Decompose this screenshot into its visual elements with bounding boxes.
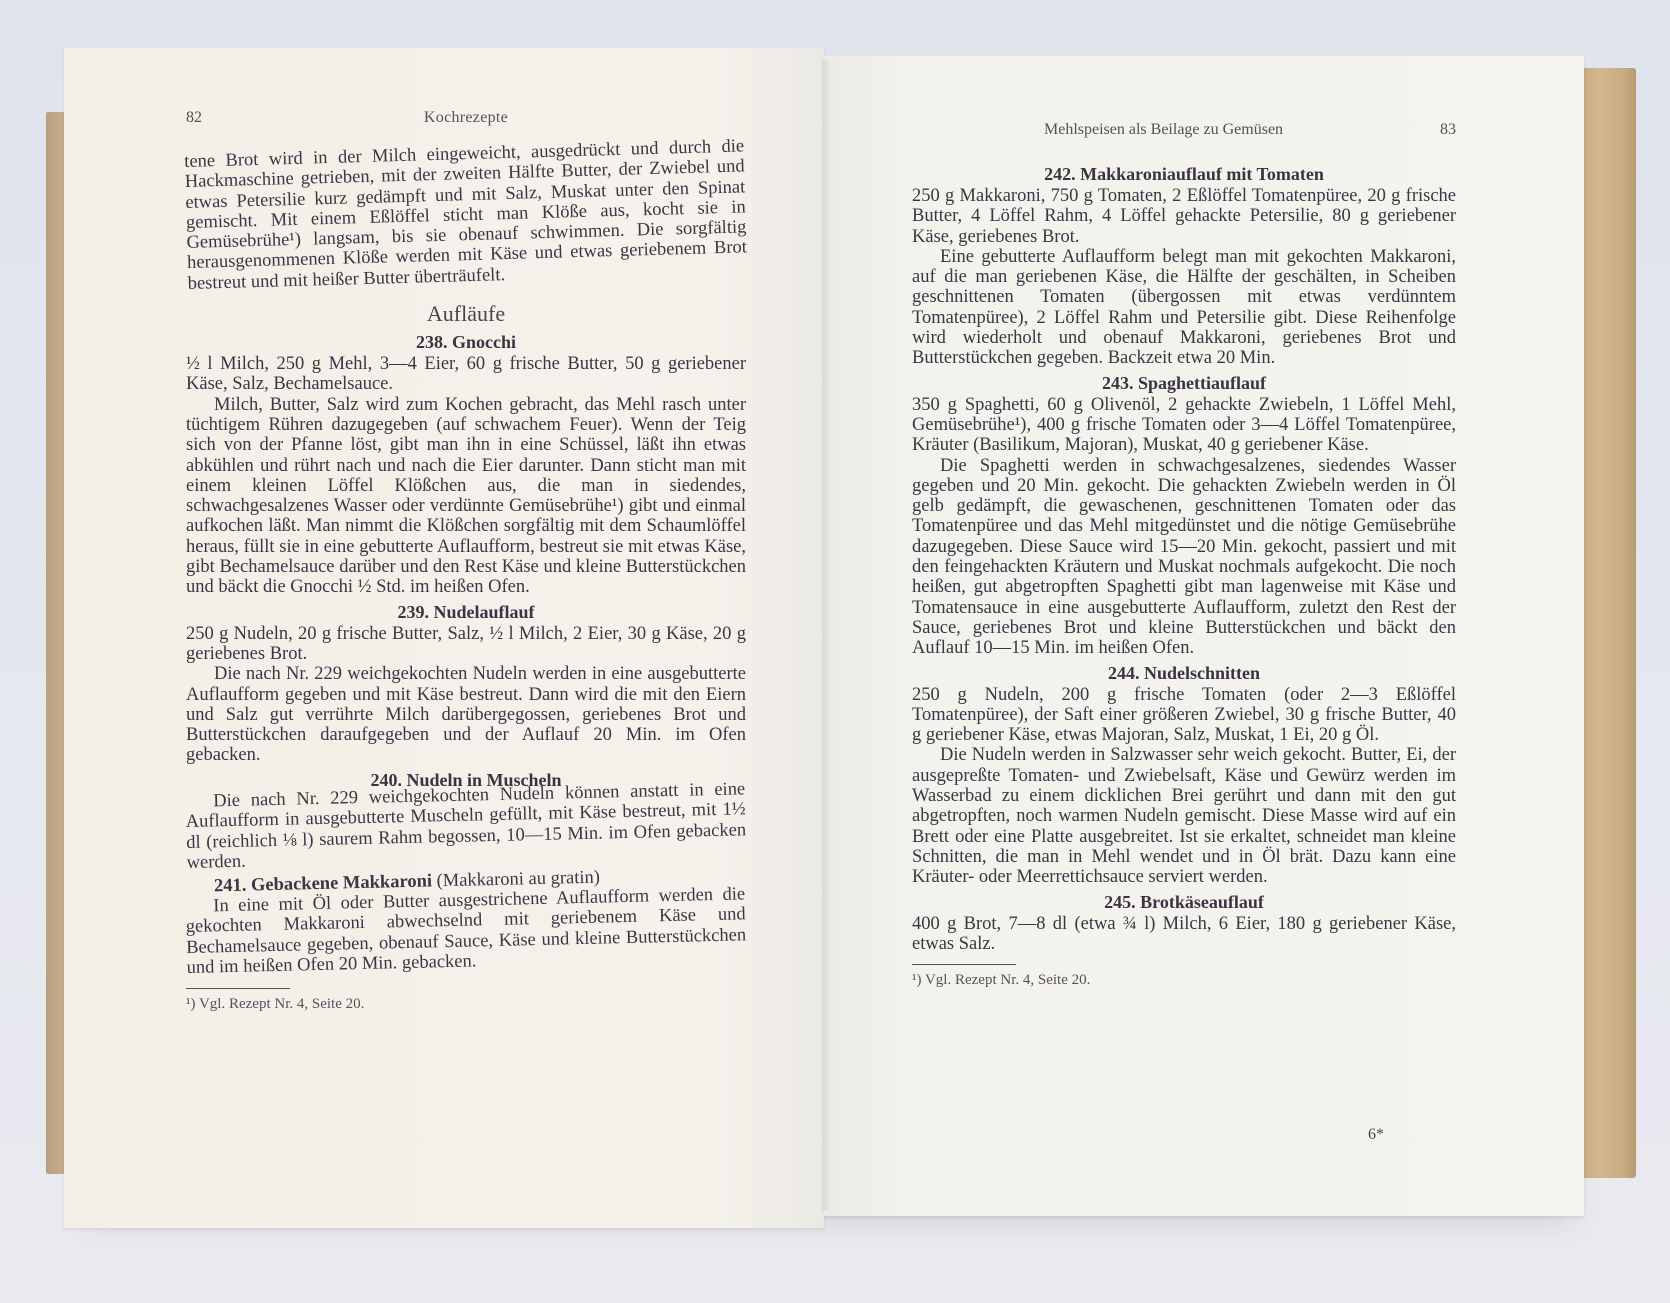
recipe-ingredients: 250 g Makkaroni, 750 g Tomaten, 2 Eßlöff…: [912, 186, 1456, 247]
recipe-instructions: Die nach Nr. 229 weichgekochten Nudeln w…: [186, 664, 746, 765]
recipe-title: 243. Spaghettiauflauf: [912, 373, 1456, 394]
page-number: 83: [1440, 120, 1456, 140]
recipe-ingredients: ½ l Milch, 250 g Mehl, 3—4 Eier, 60 g fr…: [186, 354, 746, 395]
footnote: ¹) Vgl. Rezept Nr. 4, Seite 20.: [912, 971, 1456, 989]
recipe-ingredients: 350 g Spaghetti, 60 g Olivenöl, 2 gehack…: [912, 395, 1456, 456]
right-running-head: Mehlspeisen als Beilage zu Gemüsen 83: [912, 120, 1456, 146]
recipe-instructions: Die Nudeln werden in Salzwasser sehr wei…: [912, 745, 1456, 887]
signature-mark: 6*: [1368, 1126, 1384, 1144]
footnote-rule: [186, 988, 290, 989]
recipe-ingredients: 250 g Nudeln, 200 g frische Tomaten (ode…: [912, 685, 1456, 746]
running-head-title: Mehlspeisen als Beilage zu Gemüsen: [1044, 120, 1283, 140]
recipe-ingredients: 400 g Brot, 7—8 dl (etwa ¾ l) Milch, 6 E…: [912, 914, 1456, 955]
recipe-title: 245. Brotkäseauflauf: [912, 892, 1456, 913]
right-page-text: Mehlspeisen als Beilage zu Gemüsen 83 24…: [912, 120, 1456, 989]
book-cover-right-edge: [1576, 68, 1636, 1178]
recipe-instructions: Die Spaghetti werden in schwachgesalzene…: [912, 456, 1456, 659]
recipe-instructions: Milch, Butter, Salz wird zum Kochen gebr…: [186, 395, 746, 598]
left-page-text: 82 Kochrezepte tene Brot wird in der Mil…: [186, 108, 746, 1013]
running-head-title: Kochrezepte: [186, 108, 746, 128]
recipe-title: 242. Makkaroniauflauf mit Tomaten: [912, 164, 1456, 185]
recipe-title: 238. Gnocchi: [186, 332, 746, 353]
recipe-instructions: Die nach Nr. 229 weichgekochten Nudeln k…: [185, 779, 747, 873]
book-gutter: [820, 60, 830, 1210]
recipe-title: 244. Nudelschnitten: [912, 663, 1456, 684]
footnote-rule: [912, 964, 1016, 965]
footnote: ¹) Vgl. Rezept Nr. 4, Seite 20.: [186, 995, 746, 1013]
recipe-title: 239. Nudelauflauf: [186, 602, 746, 623]
continued-paragraph: tene Brot wird in der Milch eingeweicht,…: [184, 136, 748, 294]
recipe-ingredients: 250 g Nudeln, 20 g frische Butter, Salz,…: [186, 624, 746, 665]
recipe-instructions: Eine gebutterte Auflaufform belegt man m…: [912, 247, 1456, 369]
left-running-head: 82 Kochrezepte: [186, 108, 746, 134]
recipe-instructions: In eine mit Öl oder Butter ausgestrichen…: [185, 885, 747, 979]
section-title: Aufläufe: [186, 300, 746, 328]
